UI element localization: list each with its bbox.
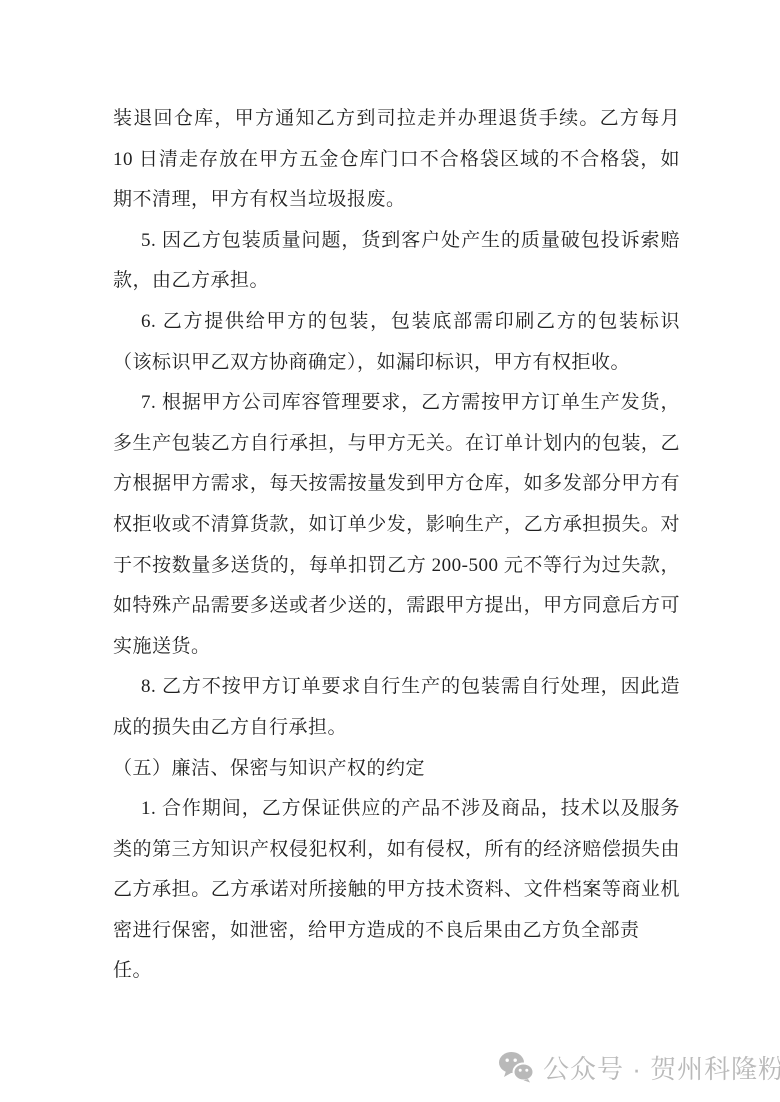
document-line: 10 日清走存放在甲方五金仓库门口不合格袋区域的不合格袋，如逾 [113,140,680,181]
document-line: 6. 乙方提供给甲方的包装，包装底部需印刷乙方的包装标识 [113,302,680,343]
wechat-icon [498,1051,534,1083]
document-line: 实施送货。 [113,627,680,668]
document-line: 7. 根据甲方公司库容管理要求，乙方需按甲方订单生产发货， [113,383,680,424]
document-line: 8. 乙方不按甲方订单要求自行生产的包装需自行处理，因此造 [113,667,680,708]
contract-text-block: 装退回仓库，甲方通知乙方到司拉走并办理退货手续。乙方每月 1-10 日清走存放在… [113,99,680,992]
document-line: （五）廉洁、保密与知识产权的约定 [113,749,680,790]
document-line: （该标识甲乙双方协商确定），如漏印标识，甲方有权拒收。 [113,343,680,384]
document-line: 类的第三方知识产权侵犯权利，如有侵权，所有的经济赔偿损失由 [113,830,680,871]
document-line: 5. 因乙方包装质量问题，货到客户处产生的质量破包投诉索赔 [113,221,680,262]
document-line: 权拒收或不清算货款，如订单少发，影响生产，乙方承担损失。对 [113,505,680,546]
document-line: 期不清理，甲方有权当垃圾报废。 [113,180,680,221]
watermark: 公众号 · 贺州科隆粉体 [498,1049,780,1085]
document-line: 任。 [113,951,680,992]
document-line: 密进行保密，如泄密，给甲方造成的不良后果由乙方负全部责 [113,911,680,952]
document-line: 多生产包装乙方自行承担，与甲方无关。在订单计划内的包装，乙 [113,424,680,465]
document-line: 如特殊产品需要多送或者少送的，需跟甲方提出，甲方同意后方可 [113,586,680,627]
document-line: 方根据甲方需求，每天按需按量发到甲方仓库，如多发部分甲方有 [113,464,680,505]
document-line: 1. 合作期间，乙方保证供应的产品不涉及商品，技术以及服务 [113,789,680,830]
document-line: 成的损失由乙方自行承担。 [113,708,680,749]
document-line: 乙方承担。乙方承诺对所接触的甲方技术资料、文件档案等商业机 [113,870,680,911]
document-line: 款，由乙方承担。 [113,261,680,302]
document-line: 于不按数量多送货的，每单扣罚乙方 200-500 元不等行为过失款， [113,546,680,587]
document-line: 装退回仓库，甲方通知乙方到司拉走并办理退货手续。乙方每月 1- [113,99,680,140]
watermark-text: 公众号 · 贺州科隆粉体 [543,1049,780,1086]
